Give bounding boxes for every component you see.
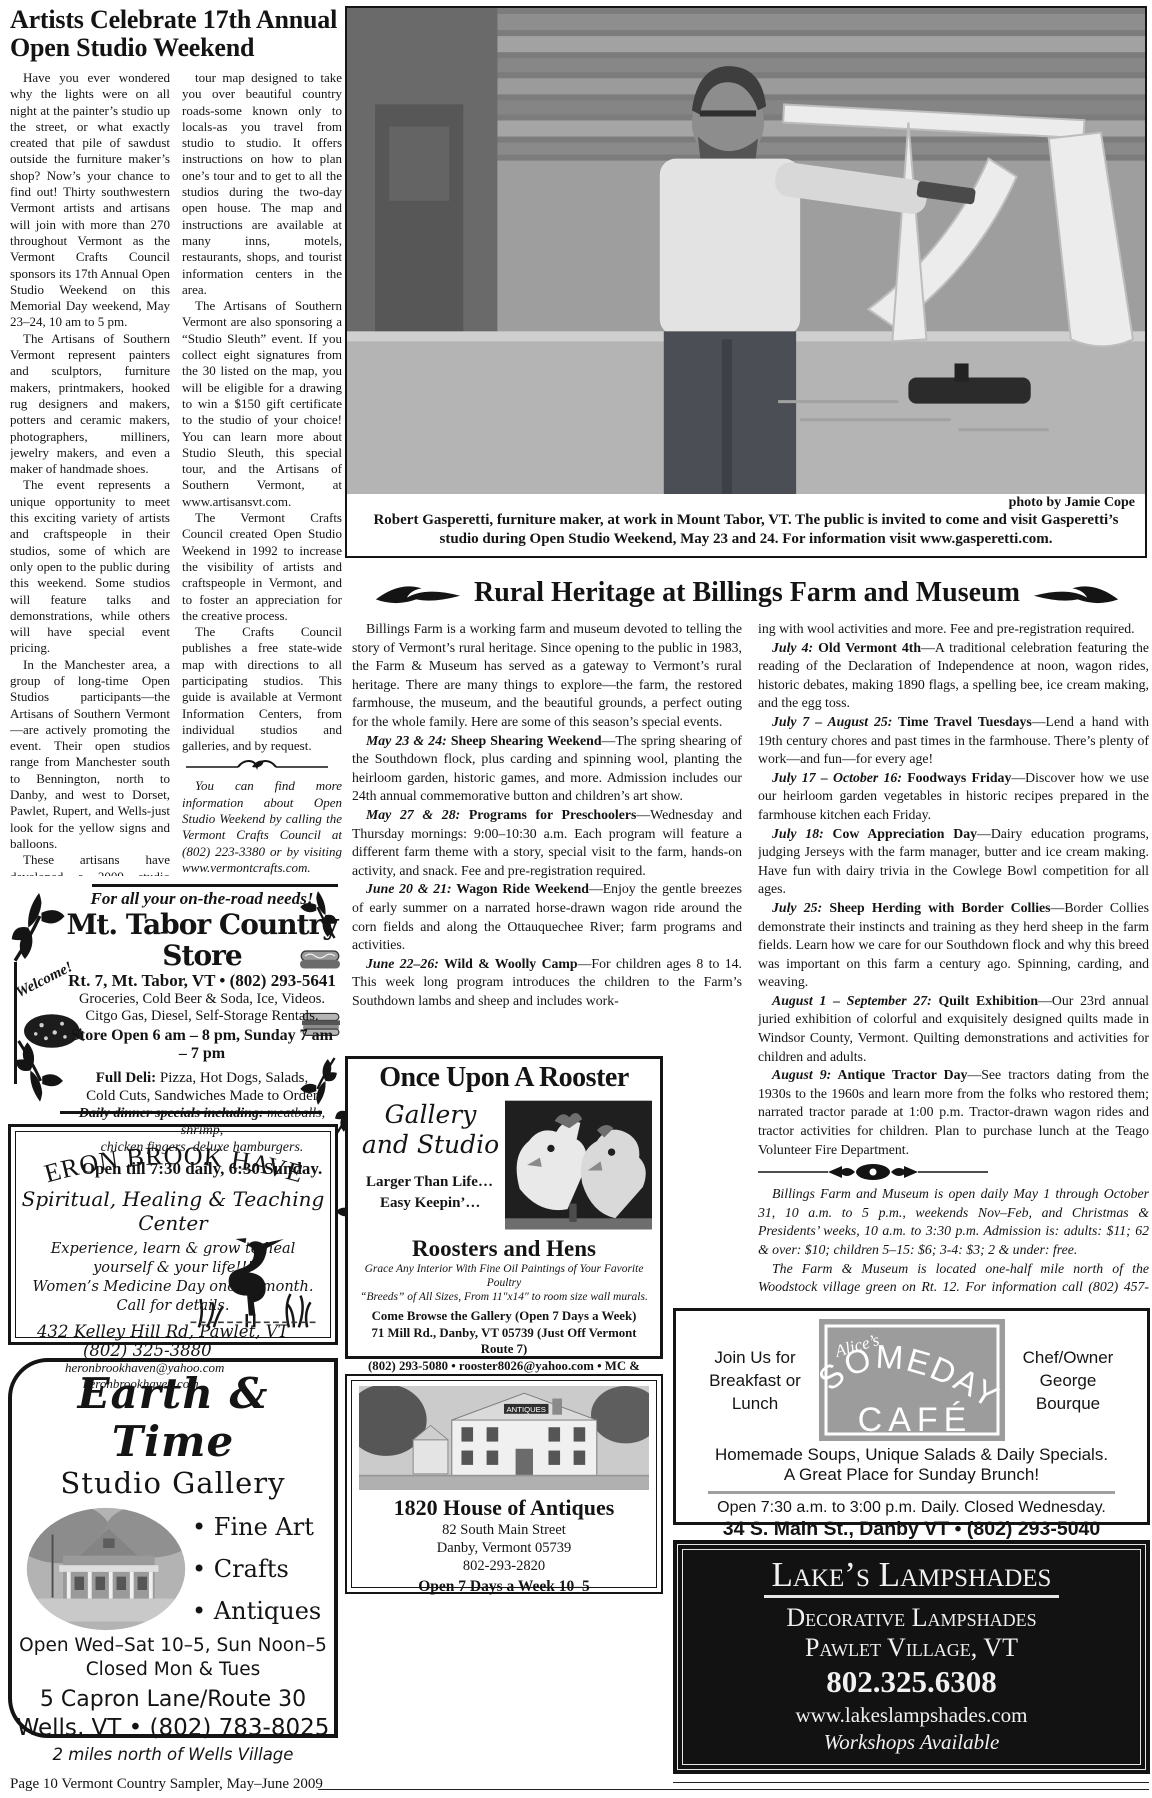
- ad-line: “Breeds” of All Sizes, From 11″x14″ to r…: [356, 1290, 652, 1304]
- ad-line: Join Us for Breakfast or Lunch: [692, 1346, 818, 1415]
- studio-photo-oval: [24, 1506, 188, 1632]
- article-paragraph: The Vermont Crafts Council created Open …: [182, 510, 342, 624]
- article-paragraph: ing with wool activities and more. Fee a…: [758, 620, 1149, 639]
- ad-website: www.lakeslampshades.com: [683, 1703, 1140, 1728]
- list-item: Antiques: [192, 1590, 321, 1632]
- ad-1820-house-of-antiques: ANTIQUES 1820 House of Antiques 82 South…: [345, 1374, 663, 1594]
- ad-tagline: For all your on-the-road needs!: [66, 889, 338, 909]
- ad-hours: Open 7:30 a.m. to 3:00 p.m. Daily. Close…: [682, 1499, 1141, 1517]
- ad-hours: Store Open 6 am – 8 pm, Sunday 7 am – 7 …: [66, 1027, 338, 1063]
- ad-line: Groceries, Cold Beer & Soda, Ice, Videos…: [66, 991, 338, 1008]
- photo-caption: photo by Jamie Cope Robert Gasperetti, f…: [347, 494, 1145, 556]
- ad-phone: 802-293-2820: [359, 1557, 649, 1575]
- ad-address: 5 Capron Lane/Route 30: [12, 1686, 334, 1714]
- ad-line: Full Deli: Pizza, Hot Dogs, Salads,: [66, 1069, 338, 1087]
- artists-column-2: tour map designed to take you over beaut…: [182, 70, 342, 876]
- ad-once-upon-a-rooster: Once Upon A Rooster Galleryand Studio La…: [345, 1056, 663, 1359]
- list-item: Fine Art: [192, 1506, 321, 1548]
- ad-title: 1820 House of Antiques: [359, 1495, 649, 1521]
- ad-services-list: Fine Art Crafts Antiques: [192, 1506, 321, 1632]
- ad-subtitle: Studio Gallery: [12, 1466, 334, 1500]
- article-note: Billings Farm and Museum is open daily M…: [758, 1185, 1149, 1259]
- ad-subtitle: Galleryand Studio: [356, 1100, 505, 1160]
- article-paragraph: In the Manchester area, a group of long-…: [10, 657, 170, 853]
- billings-column-1: Billings Farm is a working farm and muse…: [352, 620, 742, 1054]
- article-paragraph: Have you ever wondered why the lights we…: [10, 70, 170, 331]
- ad-title: Earth & Time: [12, 1370, 334, 1466]
- ad-owner: Chef/OwnerGeorgeBourque: [1005, 1346, 1131, 1415]
- scroll-divider-icon: [182, 758, 342, 774]
- billings-column-2: ing with wool activities and more. Fee a…: [758, 620, 1149, 1298]
- article-paragraph: Billings Farm is a working farm and muse…: [352, 620, 742, 732]
- ad-hours: Open Wed–Sat 10–5, Sun Noon–5: [12, 1634, 334, 1658]
- ad-phone: Wells, VT • (802) 783-8025: [12, 1714, 334, 1743]
- ad-earth-and-time: Earth & Time Studio Gallery: [8, 1358, 338, 1738]
- ad-address: 34 S. Main St., Danby VT • (802) 293-504…: [682, 1518, 1141, 1541]
- event-item: July 25: Sheep Herding with Border Colli…: [758, 899, 1149, 992]
- ad-line: Grace Any Interior With Fine Oil Paintin…: [356, 1262, 652, 1290]
- article-note: The Farm & Museum is located one-half mi…: [758, 1260, 1149, 1298]
- newspaper-page: Artists Celebrate 17th AnnualOpen Studio…: [0, 0, 1152, 1798]
- page-footer: Page 10 Vermont Country Sampler, May–Jun…: [10, 1776, 323, 1793]
- article-paragraph: The event represents a unique opportunit…: [10, 477, 170, 656]
- ad-address: 71 Mill Rd., Danby, VT 05739 (Just Off V…: [356, 1325, 652, 1358]
- ad-hours: Closed Mon & Tues: [12, 1658, 334, 1682]
- ad-line: Decorative Lampshades: [683, 1603, 1140, 1633]
- ad-title-arched: HERON BROOK HAVEN: [21, 1139, 327, 1191]
- article-paragraph: The Crafts Council publishes a free stat…: [182, 624, 342, 754]
- event-item: July 18: Cow Appreciation Day—Dairy educ…: [758, 825, 1149, 899]
- ad-line: Cold Cuts, Sandwiches Made to Order: [66, 1087, 338, 1105]
- ad-address: 82 South Main Street: [359, 1521, 649, 1539]
- ad-title: Lake’s Lampshades: [764, 1556, 1060, 1598]
- ad-subtitle: Spiritual, Healing & Teaching Center: [21, 1187, 325, 1235]
- billings-headline-row: Rural Heritage at Billings Farm and Muse…: [345, 577, 1149, 609]
- ad-line: A Great Place for Sunday Brunch!: [682, 1465, 1141, 1485]
- article-paragraph: These artisans have developed a 2009 stu…: [10, 852, 170, 876]
- ad-note: 2 miles north of Wells Village: [12, 1745, 334, 1764]
- article-paragraph: The Artisans of Southern Vermont are als…: [182, 298, 342, 510]
- ad-line: Homemade Soups, Unique Salads & Daily Sp…: [682, 1445, 1141, 1465]
- leaf-swash-left-icon: [374, 579, 462, 607]
- ad-hours: Open 7 Days a Week 10–5: [359, 1578, 649, 1596]
- event-item: May 23 & 24: Sheep Shearing Weekend—The …: [352, 732, 742, 806]
- artists-column-1: Have you ever wondered why the lights we…: [10, 70, 170, 876]
- ad-lakes-lampshades: Lake’s Lampshades Decorative Lampshades …: [673, 1540, 1150, 1774]
- event-item: July 4: Old Vermont 4th—A traditional ce…: [758, 639, 1149, 713]
- photo-box: photo by Jamie Cope Robert Gasperetti, f…: [345, 6, 1147, 558]
- ad-line: Come Browse the Gallery (Open 7 Days a W…: [356, 1308, 652, 1325]
- event-item: July 17 – October 16: Foodways Friday—Di…: [758, 769, 1149, 825]
- event-item: August 9: Antique Tractor Day—See tracto…: [758, 1066, 1149, 1159]
- ad-mt-tabor-country-store: Welcome! For all your on-the-road needs!…: [8, 884, 338, 1114]
- ad-line: Pawlet Village, VT: [683, 1633, 1140, 1663]
- ad-address: Rt. 7, Mt. Tabor, VT • (802) 293-5641: [66, 971, 338, 991]
- ad-tagline: Larger Than Life…Easy Keepin’…: [356, 1172, 505, 1214]
- someday-cafe-logo: Alice’s SOMEDAY CAFÉ: [819, 1319, 1005, 1441]
- divider: [708, 1491, 1115, 1494]
- article-paragraph: tour map designed to take you over beaut…: [182, 70, 342, 298]
- article-note: You can find more information about Open…: [182, 778, 342, 876]
- artists-article: Artists Celebrate 17th AnnualOpen Studio…: [10, 6, 343, 876]
- ad-line: Citgo Gas, Diesel, Self-Storage Rentals.: [66, 1008, 338, 1025]
- ad-someday-cafe: Join Us for Breakfast or Lunch Alice’s S…: [673, 1308, 1150, 1525]
- svg-text:CAFÉ: CAFÉ: [857, 1401, 972, 1439]
- billings-headline: Rural Heritage at Billings Farm and Muse…: [474, 577, 1020, 609]
- ad-note: Workshops Available: [683, 1730, 1140, 1755]
- event-item: May 27 & 28: Programs for Preschoolers—W…: [352, 806, 742, 880]
- footer-rule: [673, 1782, 1149, 1783]
- svg-text:ANTIQUES: ANTIQUES: [507, 1405, 546, 1414]
- event-item: June 22–26: Wild & Woolly Camp—For child…: [352, 955, 742, 1011]
- event-item: July 7 – August 25: Time Travel Tuesdays…: [758, 713, 1149, 769]
- leaf-ornament-icon: [10, 888, 68, 964]
- ad-phone: 802.325.6308: [683, 1664, 1140, 1700]
- diamond-divider-icon: [758, 1162, 1149, 1182]
- ad-heron-brook-haven: HERON BROOK HAVEN Spiritual, Healing & T…: [8, 1124, 338, 1345]
- article-paragraph: The Artisans of Southern Vermont represe…: [10, 331, 170, 478]
- event-item: August 1 – September 27: Quilt Exhibitio…: [758, 992, 1149, 1066]
- leaf-swash-right-icon: [1032, 579, 1120, 607]
- heron-silhouette-icon: [183, 1234, 323, 1334]
- photo-caption-text: Robert Gasperetti, furniture maker, at w…: [347, 511, 1145, 556]
- photo-credit: photo by Jamie Cope: [347, 494, 1145, 511]
- svg-text:HERON BROOK HAVEN: HERON BROOK HAVEN: [23, 1139, 307, 1188]
- workshop-photo: [347, 8, 1145, 494]
- event-item: June 20 & 21: Wagon Ride Weekend—Enjoy t…: [352, 880, 742, 954]
- rooster-painting: [505, 1096, 652, 1234]
- footer-rule: [318, 1789, 1149, 1790]
- ad-address: Danby, Vermont 05739: [359, 1539, 649, 1557]
- ad-title: Mt. Tabor Country Store: [66, 909, 338, 971]
- artists-headline: Artists Celebrate 17th AnnualOpen Studio…: [10, 6, 343, 62]
- ad-heading: Roosters and Hens: [356, 1236, 652, 1262]
- list-item: Crafts: [192, 1548, 321, 1590]
- house-photo: ANTIQUES: [359, 1386, 649, 1490]
- ad-title: Once Upon A Rooster: [356, 1062, 652, 1094]
